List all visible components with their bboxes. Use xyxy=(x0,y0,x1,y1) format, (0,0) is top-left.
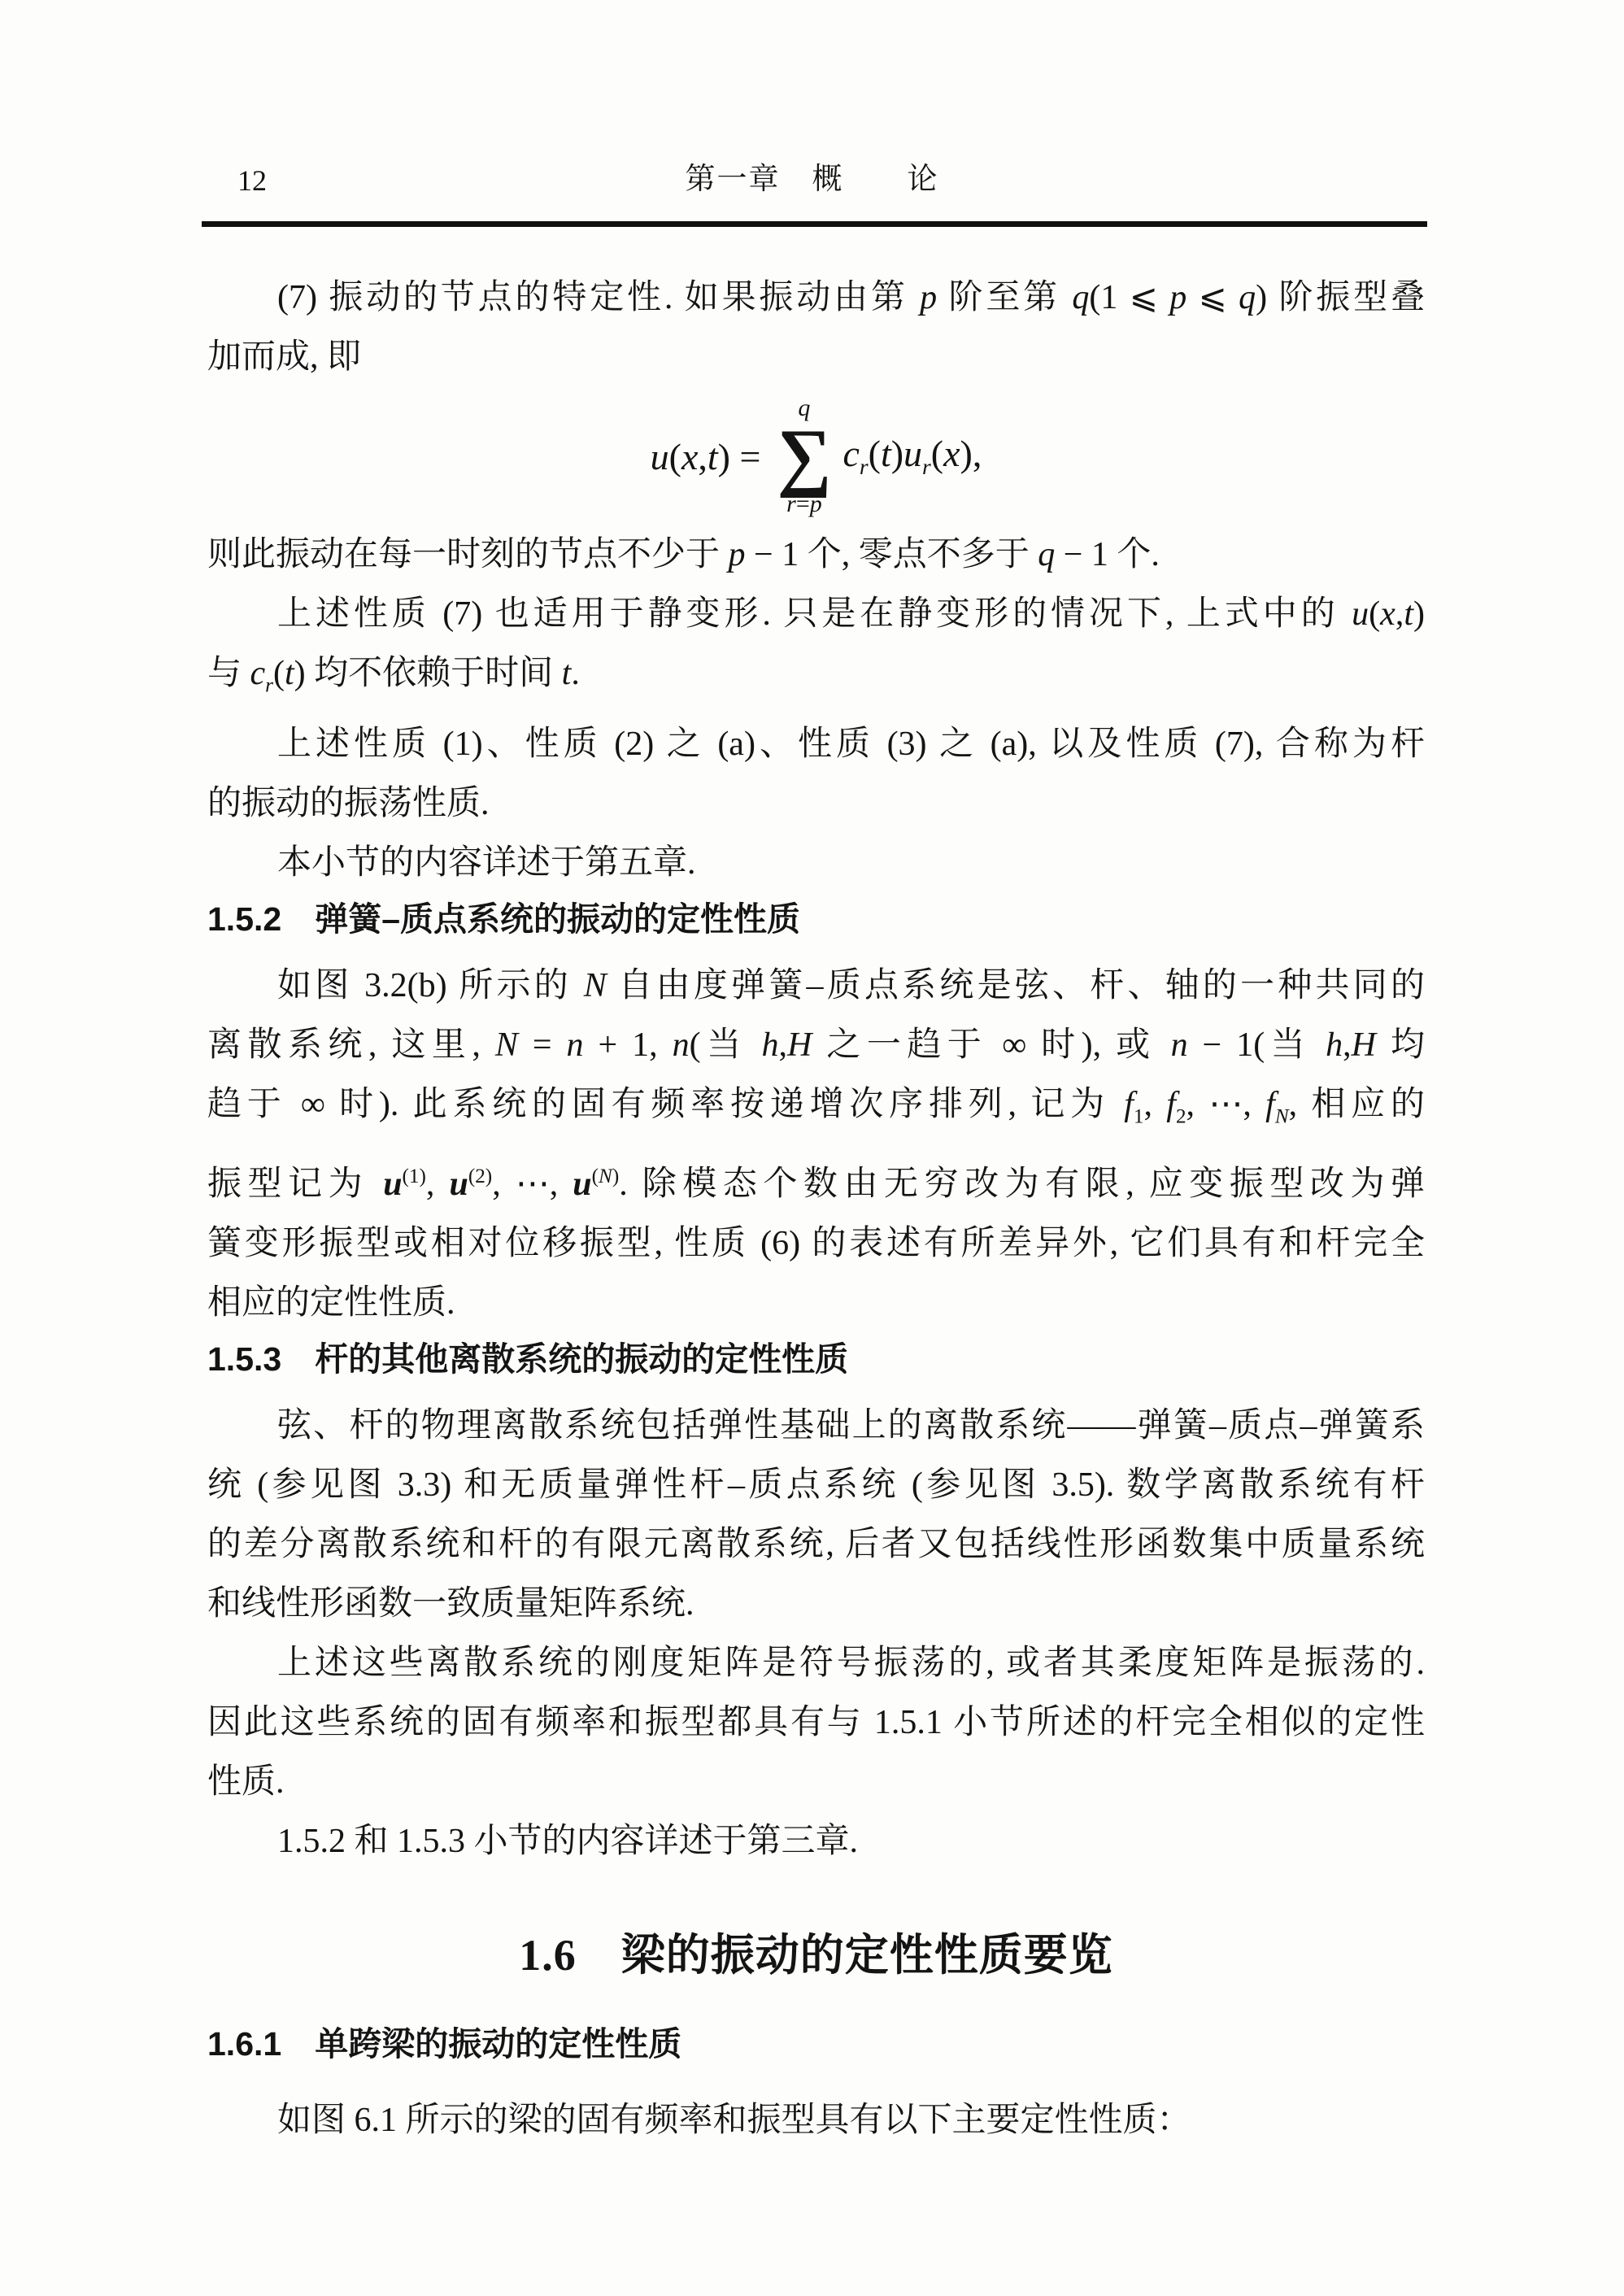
body-line: 1.5.2 和 1.5.3 小节的内容详述于第三章. xyxy=(207,1812,1425,1871)
body-line: (7) 振动的节点的特定性. 如果振动由第 p 阶至第 q(1 ⩽ p ⩽ q)… xyxy=(207,268,1425,328)
body-line: 与 cr(t) 均不依赖于时间 t. xyxy=(207,644,1425,715)
section-title-1-6: 1.6 梁的振动的定性性质要览 xyxy=(207,1930,1425,1980)
section-heading-1-6-1: 1.6.1 单跨梁的振动的定性性质 xyxy=(207,2024,1425,2063)
body-line: 和线性形函数一致质量矩阵系统. xyxy=(207,1575,1425,1634)
body-line: 上述性质 (1)、性质 (2) 之 (a)、性质 (3) 之 (a), 以及性质… xyxy=(207,715,1425,774)
body-line: 的振动的振荡性质. xyxy=(207,774,1425,834)
body-line: 统 (参见图 3.3) 和无质量弹性杆–质点系统 (参见图 3.5). 数学离散… xyxy=(207,1456,1425,1515)
body-line: 趋于 ∞ 时). 此系统的固有频率按递增次序排列, 记为 f1, f2, ⋯, … xyxy=(207,1075,1425,1146)
body-line: 则此振动在每一时刻的节点不少于 p − 1 个, 零点不多于 q − 1 个. xyxy=(207,525,1425,585)
body-line: 簧变形振型或相对位移振型, 性质 (6) 的表述有所差异外, 它们具有和杆完全 xyxy=(207,1214,1425,1274)
section-heading-1-5-3: 1.5.3 杆的其他离散系统的振动的定性性质 xyxy=(207,1340,1425,1379)
body-line: 上述这些离散系统的刚度矩阵是符号振荡的, 或者其柔度矩阵是振荡的. xyxy=(207,1634,1425,1693)
body-line: 的差分离散系统和杆的有限元离散系统, 后者又包括线性形函数集中质量系统 xyxy=(207,1515,1425,1575)
body-line: 上述性质 (7) 也适用于静变形. 只是在静变形的情况下, 上式中的 u(x,t… xyxy=(207,585,1425,644)
chapter-header: 第一章 概 论 xyxy=(0,161,1624,198)
body-line: 加而成, 即 xyxy=(207,328,1425,387)
body-line: 因此这些系统的固有频率和振型都具有与 1.5.1 小节所述的杆完全相似的定性 xyxy=(207,1693,1425,1753)
equation-lhs: u(x,t) = xyxy=(651,435,761,478)
sigma-symbol: ∑ xyxy=(777,422,831,490)
body-line: 如图 3.2(b) 所示的 N 自由度弹簧–质点系统是弦、杆、轴的一种共同的 xyxy=(207,956,1425,1016)
body-line: 性质. xyxy=(207,1753,1425,1812)
document-page: 12 第一章 概 论 (7) 振动的节点的特定性. 如果振动由第 p 阶至第 q… xyxy=(0,0,1624,2296)
section-heading-1-5-2: 1.5.2 弹簧–质点系统的振动的定性性质 xyxy=(207,900,1425,939)
equation-rhs: cr(t)ur(x), xyxy=(842,432,982,480)
body-line: 弦、杆的物理离散系统包括弹性基础上的离散系统——弹簧–质点–弹簧系 xyxy=(207,1396,1425,1456)
summation-lower-limit: r=p xyxy=(786,490,822,518)
body-line: 如图 6.1 所示的梁的固有频率和振型具有以下主要定性性质： xyxy=(207,2091,1425,2150)
body-line: 相应的定性性质. xyxy=(207,1274,1425,1333)
body-line: 本小节的内容详述于第五章. xyxy=(207,834,1425,893)
summation-operator: q ∑ r=p xyxy=(777,394,831,518)
equation-display: u(x,t) = q ∑ r=p cr(t)ur(x), xyxy=(207,387,1425,525)
body-line: 振型记为 u(1), u(2), ⋯, u(N). 除模态个数由无穷改为有限, … xyxy=(207,1147,1425,1214)
body-line: 离散系统, 这里, N = n + 1, n(当 h,H 之一趋于 ∞ 时), … xyxy=(207,1016,1425,1075)
header-rule xyxy=(202,221,1427,227)
page-body: (7) 振动的节点的特定性. 如果振动由第 p 阶至第 q(1 ⩽ p ⩽ q)… xyxy=(207,268,1425,2150)
